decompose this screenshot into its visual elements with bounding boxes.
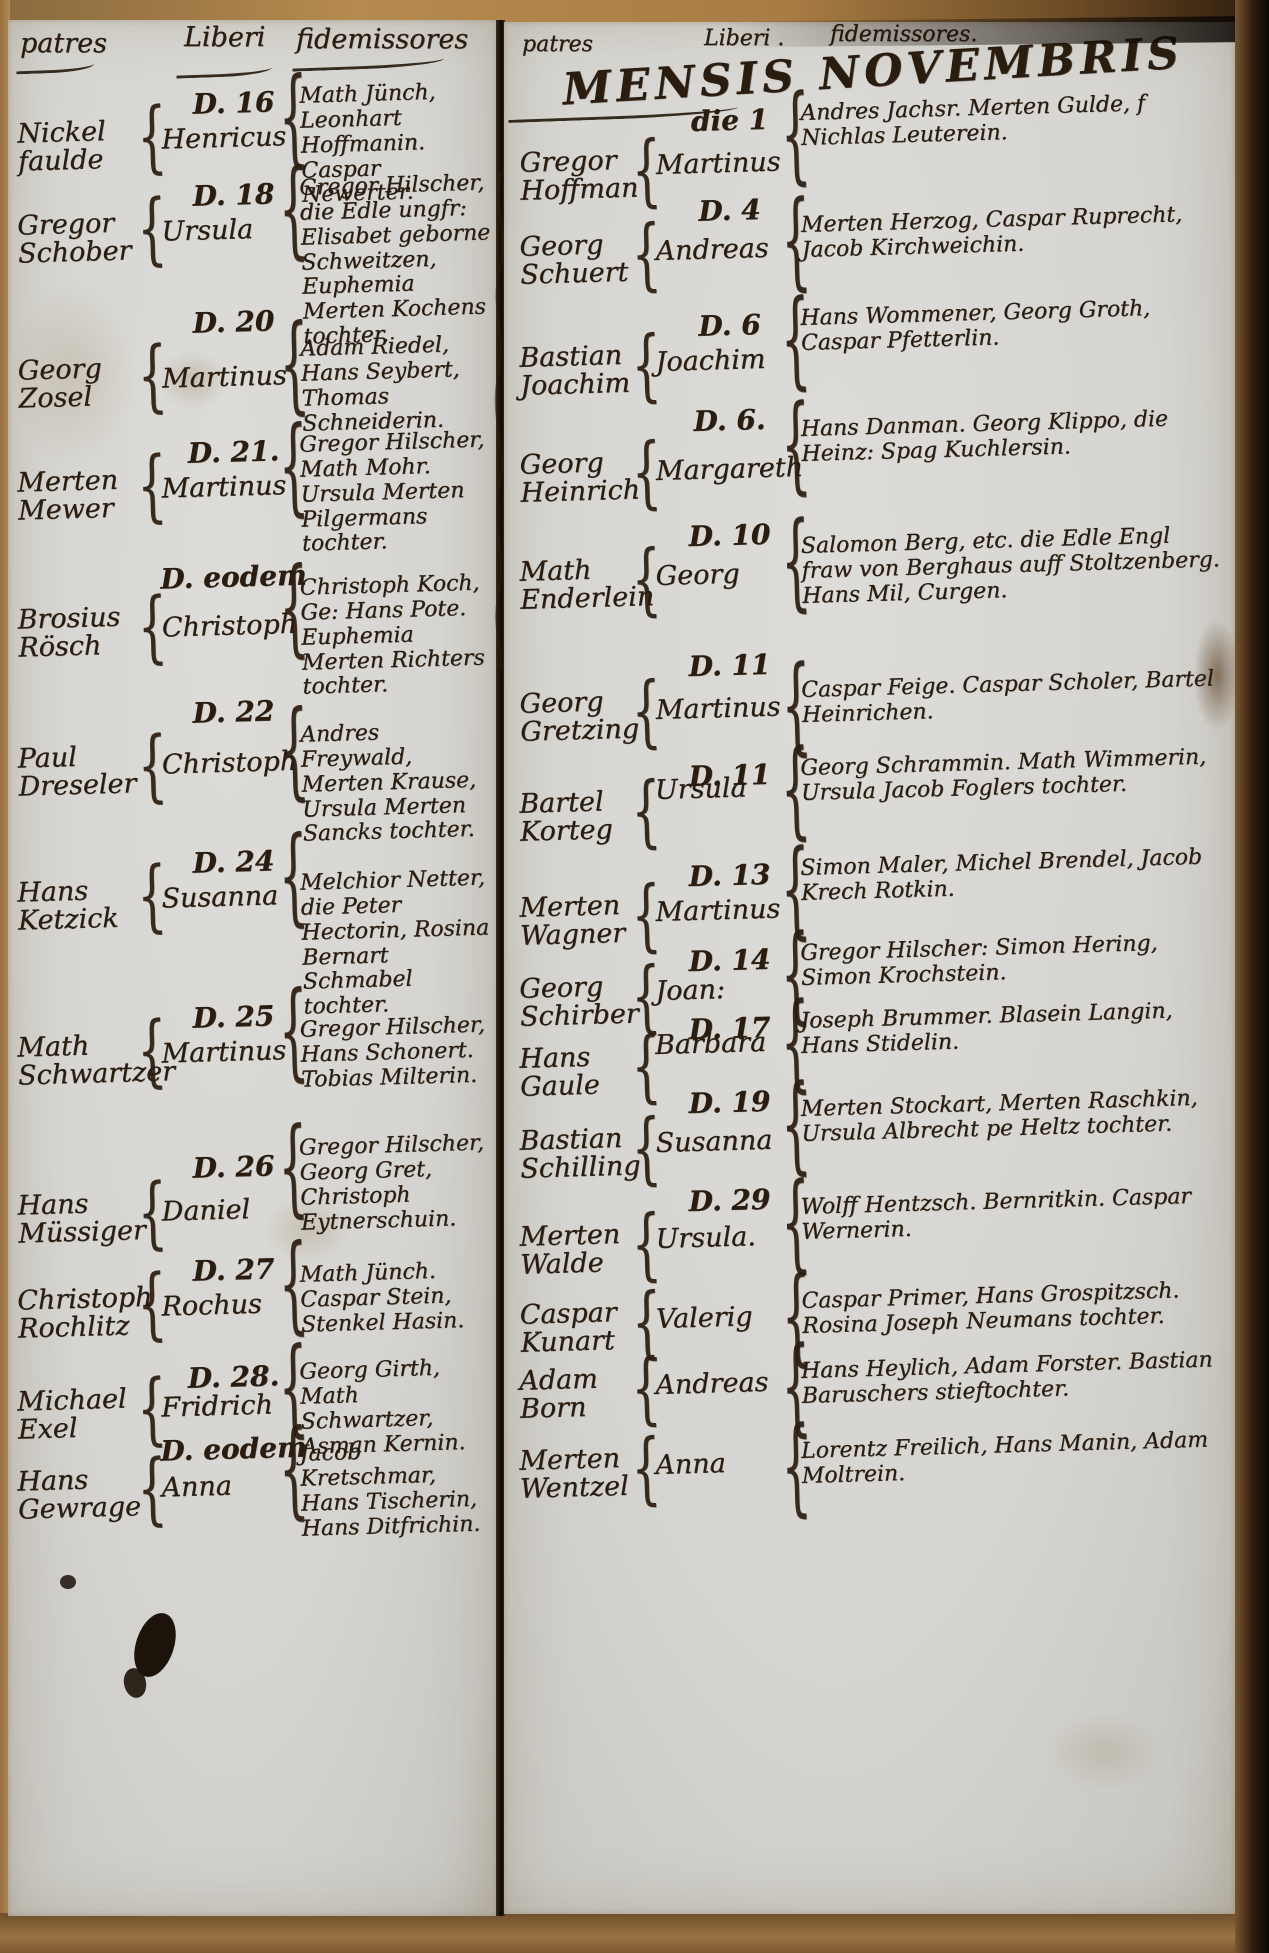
register-entry: D. 26 Hans Müssiger { Daniel { Gregor Hi… xyxy=(8,1143,497,1157)
register-entry: D. 10 Math Enderlein { Georg { Salomon B… xyxy=(504,505,1235,525)
child-name: Martinus xyxy=(655,692,781,726)
child-name: Anna xyxy=(161,1471,232,1504)
sponsors-text: Wolff Hentzsch. Bernritkin. Caspar Werne… xyxy=(800,1184,1225,1246)
register-entry: D. 6 Bastian Joachim { Joachim { Hans Wo… xyxy=(504,295,1235,315)
father-name: Michael Exel xyxy=(17,1385,140,1443)
child-name: Ursula xyxy=(161,214,253,248)
paper-stain xyxy=(1044,1712,1164,1792)
child-name: Martinus xyxy=(655,147,781,181)
sponsors-text: Merten Stockart, Merten Raschkin, Ursula… xyxy=(800,1086,1225,1148)
father-name: Bartel Korteg xyxy=(519,787,648,846)
father-name: Paul Dreseler xyxy=(17,742,140,800)
father-name: Math Schwartzer xyxy=(17,1031,140,1089)
child-name: Christoph xyxy=(161,746,297,781)
register-entry: D. 28. Michael Exel { Fridrich { Georg G… xyxy=(8,1353,497,1367)
father-name: Christoph Rochlitz xyxy=(17,1284,140,1342)
father-name: Adam Born xyxy=(519,1364,648,1423)
child-name: Susanna xyxy=(655,1125,773,1159)
child-name: Martinus xyxy=(162,360,288,394)
right-register-page: patres Liberi . fidemissores. MENSIS NOV… xyxy=(504,22,1235,1914)
father-name: Hans Gaule xyxy=(519,1042,648,1101)
child-name: Barbara xyxy=(655,1027,767,1061)
father-name: Hans Ketzick xyxy=(17,876,140,934)
child-name: Susanna xyxy=(161,880,279,914)
sponsors-text: Caspar Feige. Caspar Scholer, Bartel Hei… xyxy=(801,667,1226,729)
child-name: Christoph xyxy=(161,609,297,644)
father-name: Nickel faulde xyxy=(17,117,140,175)
father-name: Bastian Schilling xyxy=(519,1124,648,1183)
child-name: Martinus xyxy=(161,470,287,504)
child-name: Martinus xyxy=(161,1035,287,1069)
child-name: Henricus xyxy=(161,121,287,155)
child-name: Joachim xyxy=(655,344,766,378)
father-name: Merten Wagner xyxy=(519,891,648,950)
register-entry: D. 21. Merten Mewer { Martinus { Gregor … xyxy=(8,428,497,442)
sponsors-text: Adam Riedel, Hans Seybert, Thomas Schnei… xyxy=(300,332,500,437)
child-name: Martinus xyxy=(655,894,781,928)
sponsors-text: Joseph Brummer. Blasein Langin, Hans Sti… xyxy=(800,998,1225,1060)
father-name: Georg Heinrich xyxy=(519,448,648,507)
register-entry: D. 27 Christoph Rochlitz { Rochus { Math… xyxy=(8,1246,497,1260)
sponsors-text: Georg Schrammin. Math Wimmerin, Ursula J… xyxy=(800,745,1225,807)
register-entry: D. 16 Nickel faulde { Henricus { Math Jü… xyxy=(8,79,497,93)
father-name: Merten Walde xyxy=(519,1220,648,1279)
sponsors-text: Hans Danman. Georg Klippo, die Heinz: Sp… xyxy=(800,406,1225,468)
child-name: Rochus xyxy=(161,1289,262,1323)
register-entry: D. 11 Georg Gretzing { Martinus { Caspar… xyxy=(504,635,1235,655)
sponsors-text: Simon Maler, Michel Brendel, Jacob Krech… xyxy=(800,845,1225,907)
sponsors-text: Melchior Netter, die Peter Hectorin, Ros… xyxy=(300,866,501,1021)
father-name: Brosius Rösch xyxy=(17,603,140,661)
child-name: Daniel xyxy=(161,1194,250,1227)
header-underline xyxy=(176,46,273,78)
ink-blot xyxy=(60,1575,76,1589)
register-entry: D. 13 Merten Wagner { Martinus { Simon M… xyxy=(504,845,1235,865)
sponsors-text: Gregor Hilscher, die Edle ungfr: Elisabe… xyxy=(299,171,501,350)
sponsors-text: Math Jünch. Caspar Stein, Stenkel Hasin. xyxy=(299,1258,498,1338)
register-entry: D. eodem Brosius Rösch { Christoph { Chr… xyxy=(8,553,497,567)
sponsors-text: Jacob Kretschmar, Hans Tischerin, Hans D… xyxy=(299,1437,499,1542)
father-name: Gregor Schober xyxy=(17,209,140,267)
sponsors-text: Hans Heylich, Adam Forster. Bastian Baru… xyxy=(801,1348,1226,1410)
child-name: Anna xyxy=(655,1448,726,1481)
child-name: Ursula xyxy=(654,772,746,806)
child-name: Fridrich xyxy=(161,1389,273,1423)
sponsors-text: Gregor Hilscher: Simon Hering, Simon Kro… xyxy=(800,930,1225,992)
sponsors-text: Merten Herzog, Caspar Ruprecht, Jacob Ki… xyxy=(801,202,1226,264)
child-name: Ursula. xyxy=(655,1221,756,1255)
sponsors-text: Gregor Hilscher, Georg Gret, Christoph E… xyxy=(299,1131,499,1236)
child-name: Valerig xyxy=(656,1301,753,1335)
child-name: Georg xyxy=(655,559,740,592)
sponsors-text: Andres Freywald, Merten Krause, Ursula M… xyxy=(300,718,500,848)
father-name: Hans Gewrage xyxy=(17,1465,140,1523)
child-name: Joan: xyxy=(655,974,726,1007)
father-name: Georg Gretzing xyxy=(519,687,648,746)
father-name: Math Enderlein xyxy=(519,555,648,614)
sponsors-text: Christoph Koch, Ge: Hans Pote. Euphemia … xyxy=(299,571,499,701)
father-name: Hans Müssiger xyxy=(17,1189,140,1247)
sponsors-text: Andres Jachsr. Merten Gulde, f Nichlas L… xyxy=(800,90,1225,152)
father-name: Merten Wentzel xyxy=(519,1444,648,1503)
header-underline xyxy=(16,43,95,75)
book-binding-bottom-edge xyxy=(0,1913,1269,1953)
sponsors-text: Salomon Berg, etc. die Edle Engl fraw vo… xyxy=(801,523,1227,609)
father-name: Georg Schuert xyxy=(519,230,648,289)
sponsors-text: Lorentz Freilich, Hans Manin, Adam Moltr… xyxy=(801,1428,1226,1490)
left-register-page: patres Liberi fidemissores D. 16 Nickel … xyxy=(8,20,497,1916)
sponsors-text: Caspar Primer, Hans Grospitzsch. Rosina … xyxy=(801,1278,1226,1340)
sponsors-text: Gregor Hilscher, Math Mohr. Ursula Merte… xyxy=(299,428,499,558)
father-name: Georg Schirber xyxy=(519,972,648,1031)
father-name: Bastian Joachim xyxy=(519,341,648,400)
sponsors-text: Hans Wommener, Georg Groth, Caspar Pfett… xyxy=(800,295,1225,357)
father-name: Georg Zosel xyxy=(17,354,140,412)
father-name: Merten Mewer xyxy=(17,466,140,524)
father-name: Gregor Hoffman xyxy=(519,146,648,205)
register-entry: D. 11 Bartel Korteg { Ursula { Georg Sch… xyxy=(504,745,1235,765)
header-underline xyxy=(292,37,445,71)
sponsors-text: Gregor Hilscher, Hans Schonert. Tobias M… xyxy=(300,1013,499,1093)
child-name: Andreas xyxy=(655,233,769,267)
book-binding-right-edge xyxy=(1235,0,1269,1953)
child-name: Andreas xyxy=(655,1367,769,1401)
